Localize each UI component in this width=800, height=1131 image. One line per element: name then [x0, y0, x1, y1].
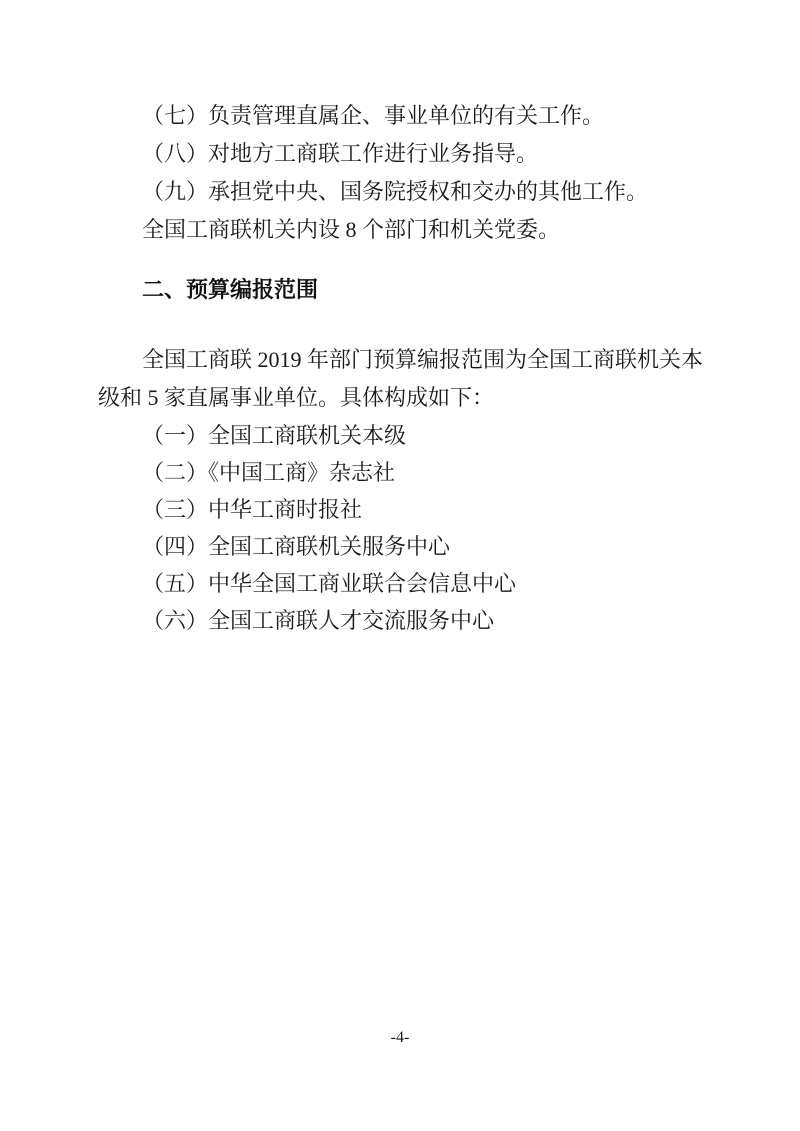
duty-item-7: （七）负责管理直属企、事业单位的有关工作。	[98, 97, 692, 135]
departments-note: 全国工商联机关内设 8 个部门和机关党委。	[98, 211, 692, 249]
scope-item-1: （一）全国工商联机关本级	[98, 417, 692, 454]
scope-paragraph-line-1: 全国工商联 2019 年部门预算编报范围为全国工商联机关本	[98, 341, 692, 379]
scope-item-6: （六）全国工商联人才交流服务中心	[98, 602, 692, 639]
duty-item-8: （八）对地方工商联工作进行业务指导。	[98, 135, 692, 173]
document-page: （七）负责管理直属企、事业单位的有关工作。 （八）对地方工商联工作进行业务指导。…	[0, 0, 800, 1131]
scope-item-3: （三）中华工商时报社	[98, 491, 692, 528]
scope-paragraph: 全国工商联 2019 年部门预算编报范围为全国工商联机关本 级和 5 家直属事业…	[98, 341, 692, 417]
scope-item-4: （四）全国工商联机关服务中心	[98, 528, 692, 565]
scope-item-2: （二）《中国工商》杂志社	[98, 454, 692, 491]
page-content: （七）负责管理直属企、事业单位的有关工作。 （八）对地方工商联工作进行业务指导。…	[98, 97, 692, 639]
section-heading: 二、预算编报范围	[98, 271, 692, 309]
page-number: -4-	[0, 1026, 800, 1050]
scope-paragraph-line-2: 级和 5 家直属事业单位。具体构成如下：	[98, 379, 692, 417]
scope-item-5: （五）中华全国工商业联合会信息中心	[98, 565, 692, 602]
scope-list: （一）全国工商联机关本级 （二）《中国工商》杂志社 （三）中华工商时报社 （四）…	[98, 417, 692, 639]
duty-item-9: （九）承担党中央、国务院授权和交办的其他工作。	[98, 173, 692, 211]
